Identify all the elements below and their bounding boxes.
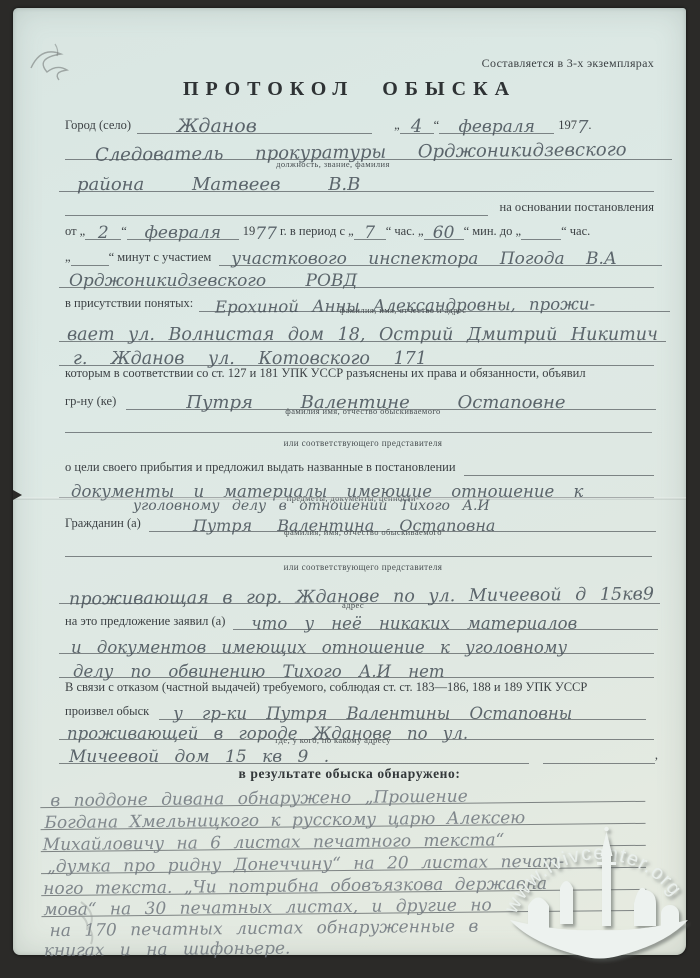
results-heading: в результате обыска обнаружено: — [13, 766, 686, 782]
handwritten-hour: 7 — [364, 225, 375, 242]
period-hour-word: “ час. „ — [386, 224, 424, 240]
fold-notch — [13, 490, 22, 500]
year-printed: 197 — [558, 118, 577, 134]
witnesses-line-2: вает ул. Волнистая дом 18, Острий Дмитри… — [59, 316, 666, 342]
city-label: Город (село) — [65, 118, 131, 134]
handwritten-day: 4 — [411, 118, 422, 136]
blank-field — [521, 239, 561, 240]
handwritten-minutes: 60 — [433, 225, 455, 242]
witnesses-field-2: вает ул. Волнистая дом 18, Острий Дмитри… — [59, 324, 666, 343]
search-field-3: Мичеевой дом 15 кв 9 . — [59, 746, 529, 764]
handwritten-city: Жданов — [177, 117, 257, 136]
statement-line-1: на это предложение заявил (а) что у неё … — [65, 608, 658, 630]
statement-field: что у неё никаких материалов — [233, 613, 658, 631]
refusal-text: В связи с отказом (частной выдачей) треб… — [65, 680, 587, 696]
handwritten-period-day: 2 — [98, 225, 109, 242]
blank-field — [65, 432, 652, 433]
trailing-comma: , — [655, 748, 658, 764]
blank-field — [543, 763, 655, 764]
period-from: от „ — [65, 224, 85, 240]
handwritten-year-digit: 7 — [577, 119, 588, 137]
witnesses-label: в присутствии понятых: — [65, 296, 193, 312]
handwritten-investigator-2: района Матвеев В.В — [77, 176, 360, 194]
refusal-line: В связи с отказом (частной выдачей) треб… — [65, 678, 658, 696]
city-field: Жданов — [137, 114, 372, 134]
period-line: от „ 2 “ февраля 19 77 г. в период с „ 7… — [65, 218, 654, 240]
date-day-field: 4 — [400, 115, 434, 134]
scan-background: Составляется в 3-х экземплярах ПРОТОКОЛ … — [0, 0, 700, 978]
statement-line-2: и документов имеющих отношение к уголовн… — [59, 630, 654, 654]
representative-sublabel-2: или соответствующего представителя — [163, 562, 563, 572]
search-line: произвел обыск у гр-ки Путря Валентины О… — [65, 698, 646, 720]
grnu-label: гр-ну (ке) — [65, 394, 116, 410]
fold-crease — [13, 497, 686, 500]
copies-note: Составляется в 3-х экземплярах — [482, 56, 654, 71]
blank-field — [65, 215, 488, 216]
handwritten-search-3: Мичеевой дом 15 кв 9 . — [69, 749, 329, 766]
investigator-line-2: района Матвеев В.В — [59, 168, 654, 192]
pen-scribble — [21, 36, 93, 98]
city-date-line: Город (село) Жданов „ 4 “ февраля 197 7 … — [65, 108, 656, 134]
participant-line-2: Орджоникидзевского РОВД — [59, 264, 654, 288]
period-min-word: “ мин. до „ — [464, 224, 522, 240]
search-line-3: Мичеевой дом 15 кв 9 . , — [59, 744, 658, 764]
period-mid: г. в период с „ — [280, 224, 354, 240]
investigator-field: Следователь прокуратуры Орджоникидзевско… — [65, 141, 672, 160]
rights-line: которым в соответствии со ст. 127 и 181 … — [65, 364, 656, 382]
citizen-sublabel: фамилия, имя, отчество обыскиваемого — [193, 527, 533, 537]
period-hour-field: 7 — [354, 222, 386, 240]
witnesses-sublabel: фамилия, имя, отчество и адрес — [263, 305, 543, 315]
watermark-text: www.lvivcenter.org — [500, 842, 686, 918]
lvivcenter-watermark: www.lvivcenter.org — [498, 808, 700, 972]
pencil-smudge — [73, 892, 153, 952]
investigator-line-1: Следователь прокуратуры Орджоникидзевско… — [65, 136, 672, 160]
statement-line-3: делу по обвинению Тихого А.И нет — [59, 654, 654, 678]
watermark-text-shape: www.lvivcenter.org — [500, 842, 686, 918]
rights-text: которым в соответствии со ст. 127 и 181 … — [65, 366, 586, 382]
period-month-field: февраля — [127, 222, 239, 240]
basis-line: на основании постановления — [65, 196, 654, 216]
participant-field-2: Орджоникидзевского РОВД — [59, 270, 654, 288]
handwritten-month: февраля — [459, 119, 535, 136]
witnesses-line-3: г. Жданов ул. Котовского 171 — [59, 342, 654, 366]
representative-sublabel-1: или соответствующего представителя — [163, 438, 563, 448]
grnu-sublabel: фамилия имя, отчество обыскиваемого — [193, 406, 533, 416]
period-day-field: 2 — [85, 222, 121, 240]
handwritten-period-year: 77 — [255, 226, 277, 243]
participant-line: „ “ минут с участием участкового инспект… — [65, 244, 662, 266]
citizen-label: Гражданин (а) — [65, 516, 141, 532]
date-dot: . — [588, 118, 591, 134]
statement-field-2: и документов имеющих отношение к уголовн… — [59, 637, 654, 655]
page-title: ПРОТОКОЛ ОБЫСКА — [13, 78, 686, 101]
investigator-field-2: района Матвеев В.В — [59, 173, 654, 192]
period-min-field: 60 — [424, 222, 464, 240]
statement-label: на это предложение заявил (а) — [65, 614, 225, 630]
handwritten-period-month: февраля — [145, 225, 221, 242]
period-hour-word-2: “ час. — [561, 224, 590, 240]
date-month-field: февраля — [439, 116, 554, 134]
period-year-printed: 19 — [243, 224, 256, 240]
basis-text: на основании постановления — [500, 200, 654, 216]
statement-field-3: делу по обвинению Тихого А.И нет — [59, 661, 654, 679]
blank-field — [65, 556, 652, 557]
